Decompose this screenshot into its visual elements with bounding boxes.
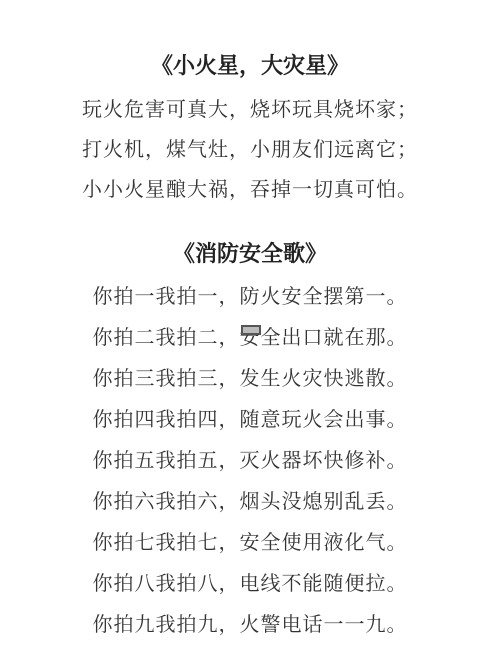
poem-small-spark: 《小火星，大灾星》 玩火危害可真大，烧坏玩具烧坏家； 打火机，煤气灶，小朋友们远… [0,52,500,209]
poem-line: 小小火星酿大祸，吞掉一切真可怕。 [0,169,500,209]
poem-line: 你拍三我拍三，发生火灾快逃散。 [0,358,500,399]
poem-line: 玩火危害可真大，烧坏玩具烧坏家； [0,89,500,129]
poem-line: 你拍七我拍七，安全使用液化气。 [0,522,500,563]
poem-line: 你拍六我拍六，烟头没熄别乱丢。 [0,481,500,522]
poem-fire-safety-song: 《消防安全歌》 你拍一我拍一，防火安全摆第一。 你拍二我拍二，安全出口就在那。 … [0,240,500,645]
line-prefix: 你拍二我拍二， [93,325,240,349]
poem-title: 《消防安全歌》 [0,240,500,270]
poem-line: 你拍八我拍八，电线不能随便拉。 [0,563,500,604]
poem-line: 你拍五我拍五，灭火器坏快修补。 [0,440,500,481]
poem-line: 你拍九我拍九，火警电话一一九。 [0,604,500,645]
obscured-character: 安 [240,317,261,358]
poem-line: 你拍四我拍四，随意玩火会出事。 [0,399,500,440]
poem-line: 你拍二我拍二，安全出口就在那。 [0,317,500,358]
poem-line: 你拍一我拍一，防火安全摆第一。 [0,276,500,317]
poem-line: 打火机，煤气灶，小朋友们远离它； [0,129,500,169]
line-suffix: 全出口就在那。 [261,325,408,349]
poem-title: 《小火星，大灾星》 [0,52,500,82]
